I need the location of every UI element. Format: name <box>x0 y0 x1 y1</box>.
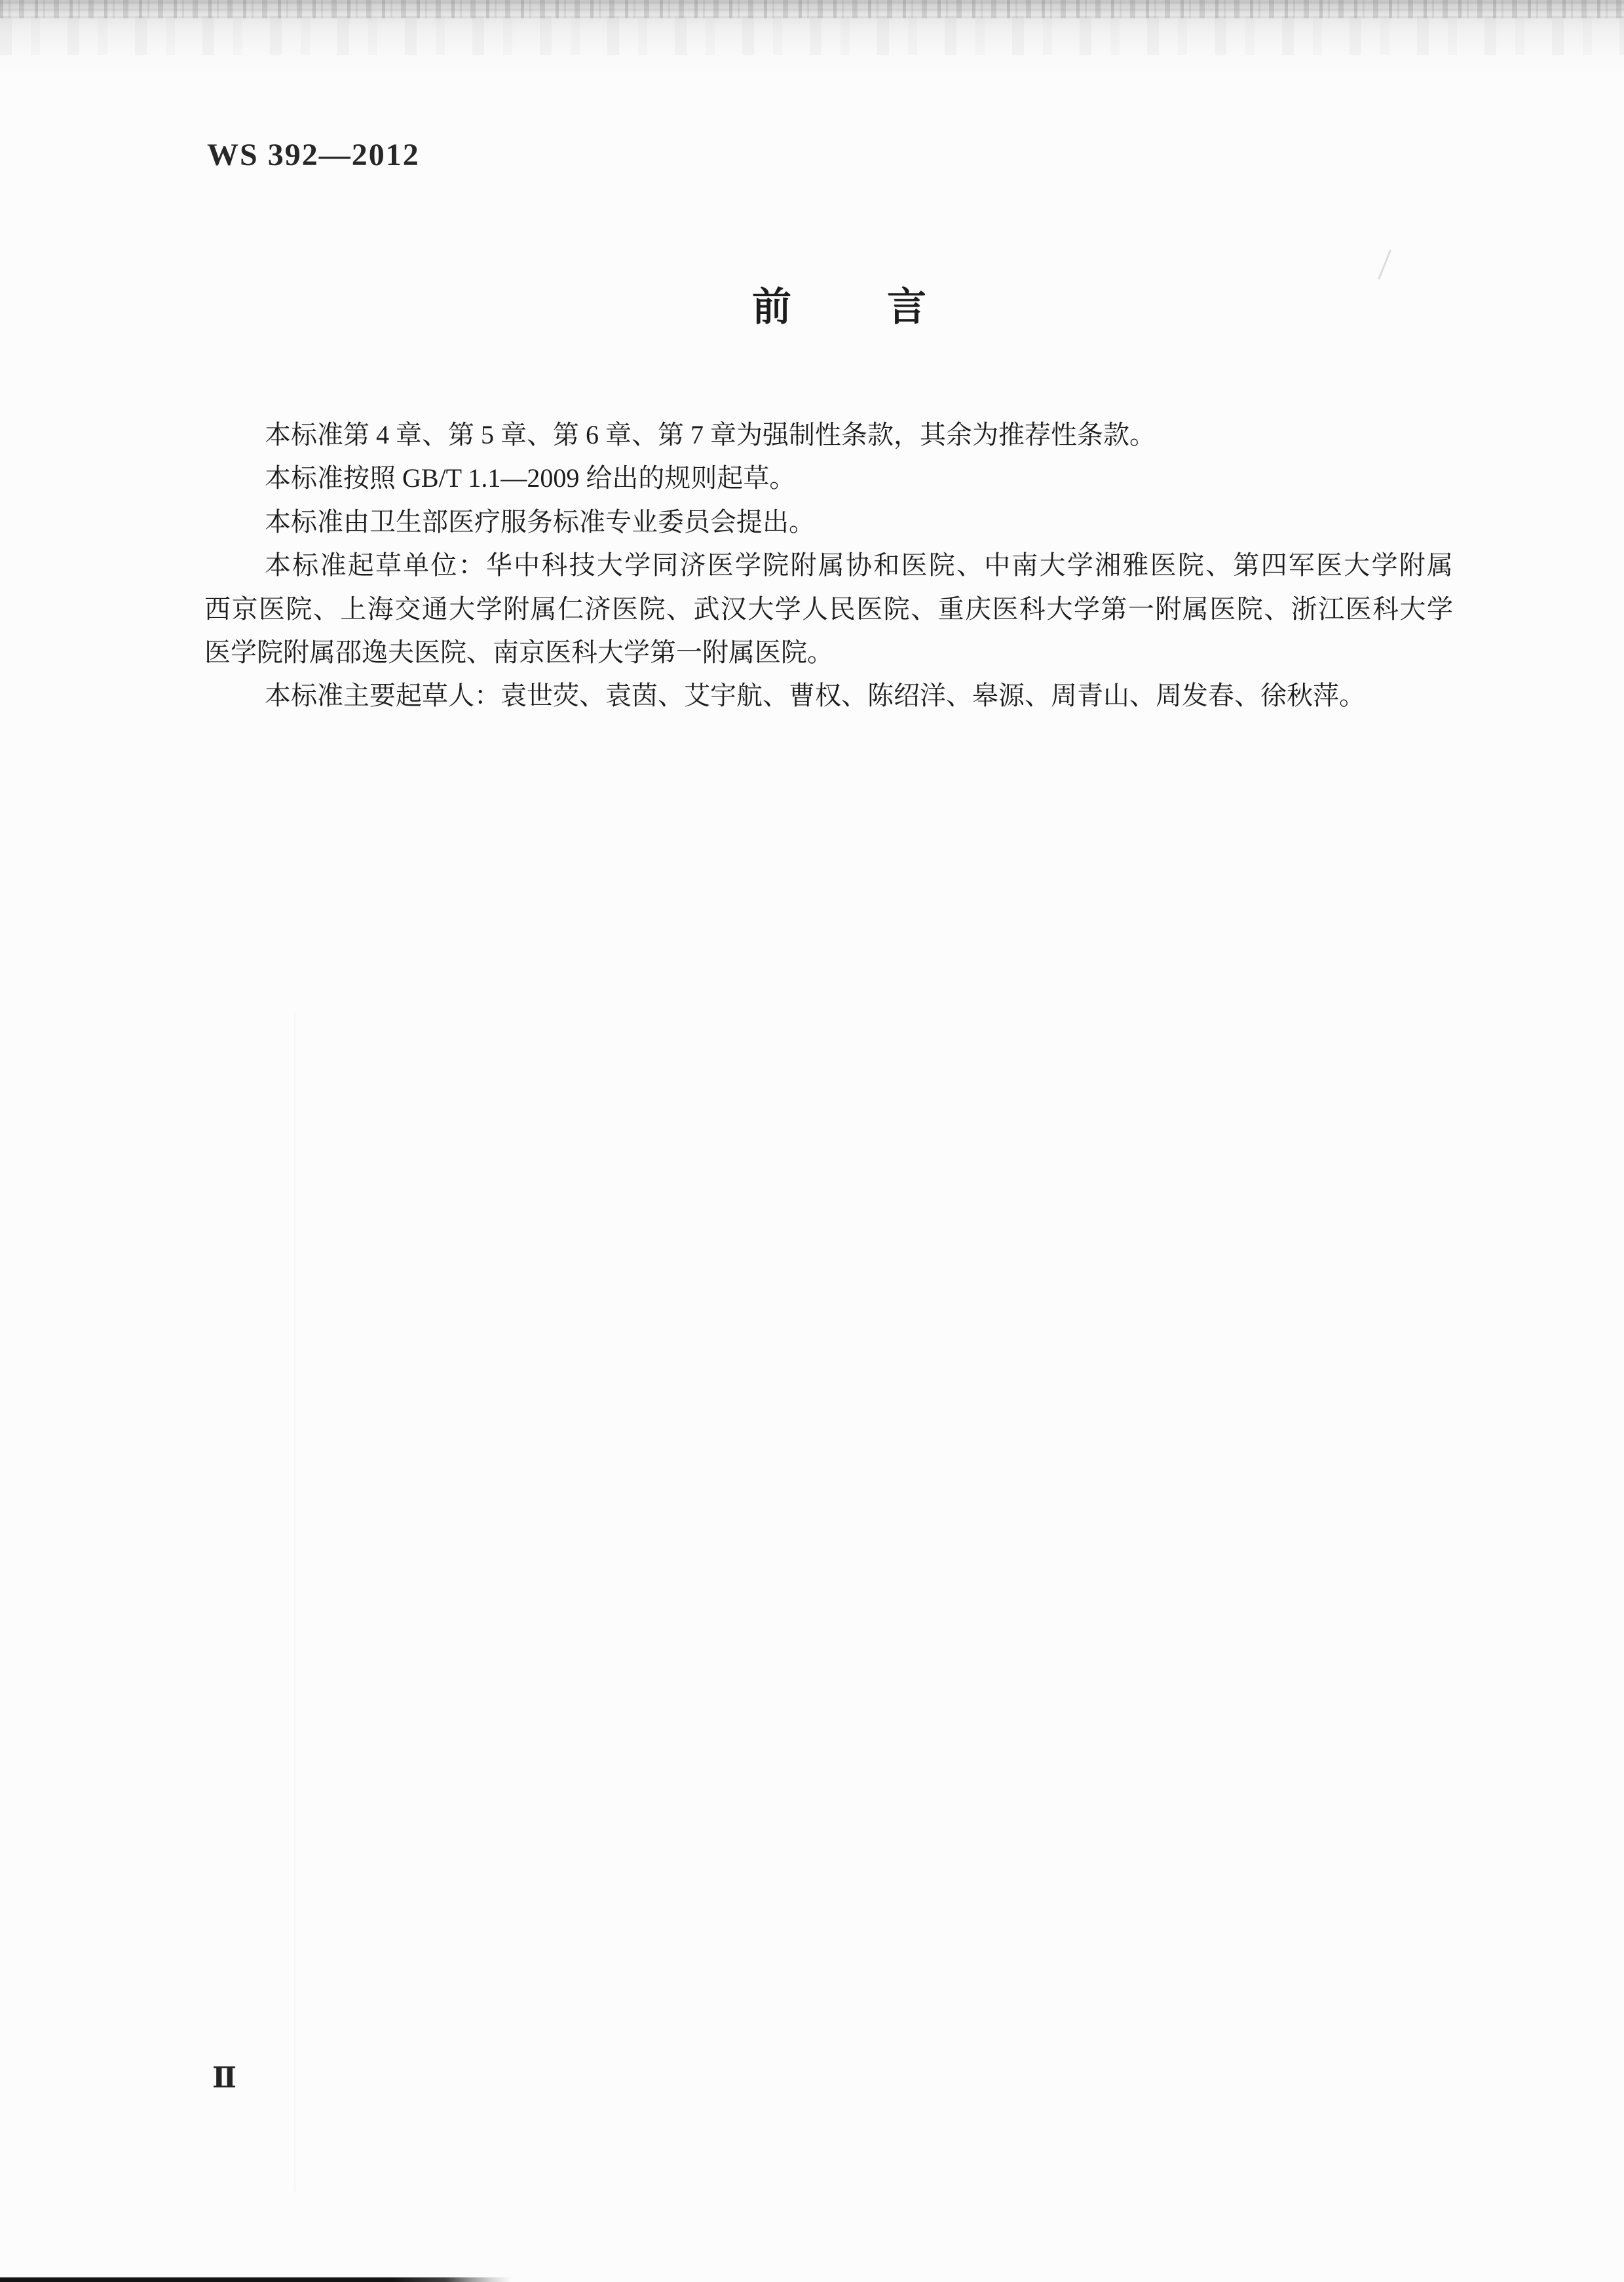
page-number: Ⅱ <box>212 2061 236 2095</box>
foreword-line: 本标准起草单位：华中科技大学同济医学院附属协和医院、中南大学湘雅医院、第四军医大… <box>204 544 1453 587</box>
scan-bottom-edge-artifact <box>0 2277 511 2282</box>
scan-speckle-artifact <box>0 16 1624 55</box>
foreword-line: 本标准主要起草人：袁世荧、袁茵、艾宇航、曹权、陈绍洋、皋源、周青山、周发春、徐秋… <box>204 674 1453 717</box>
scanned-document-page: WS 392—2012 前 言 本标准第 4 章、第 5 章、第 6 章、第 7… <box>0 0 1624 2282</box>
foreword-line: 本标准按照 GB/T 1.1—2009 给出的规则起草。 <box>204 457 1453 500</box>
foreword-line: 西京医院、上海交通大学附属仁济医院、武汉大学人民医院、重庆医科大学第一附属医院、… <box>204 588 1453 631</box>
scan-fold-line-artifact <box>294 1012 295 2192</box>
standard-code: WS 392—2012 <box>207 137 420 173</box>
title-char-yan: 言 <box>887 287 926 328</box>
foreword-line: 本标准由卫生部医疗服务标准专业委员会提出。 <box>204 501 1453 544</box>
page-title: 前 言 <box>752 287 926 328</box>
title-char-qian: 前 <box>752 287 791 328</box>
foreword-body: 本标准第 4 章、第 5 章、第 6 章、第 7 章为强制性条款，其余为推荐性条… <box>204 413 1453 718</box>
scan-scratch-artifact <box>1378 250 1391 280</box>
foreword-line: 本标准第 4 章、第 5 章、第 6 章、第 7 章为强制性条款，其余为推荐性条… <box>204 413 1453 457</box>
foreword-line: 医学院附属邵逸夫医院、南京医科大学第一附属医院。 <box>204 631 1453 674</box>
